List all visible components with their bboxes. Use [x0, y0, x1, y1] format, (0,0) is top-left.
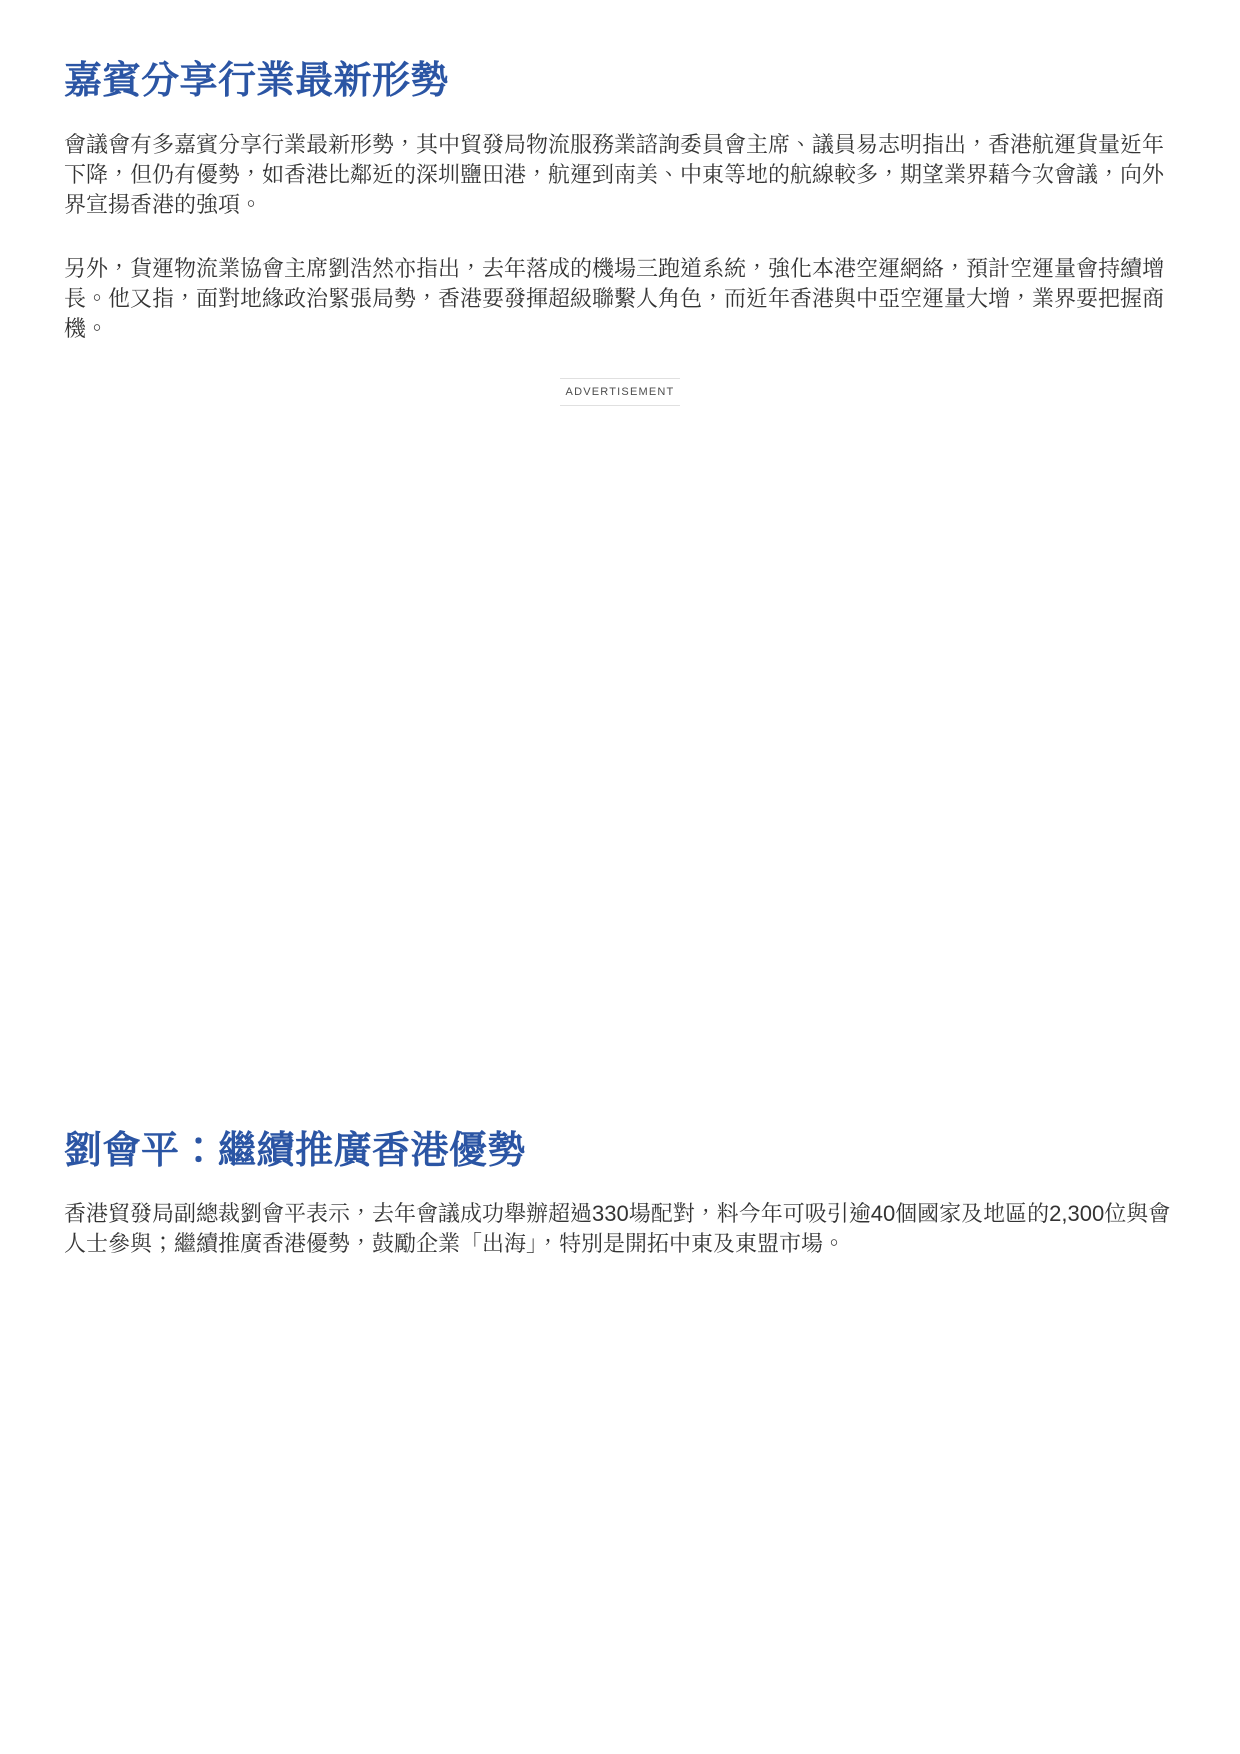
bottom-whitespace [64, 1293, 1176, 1733]
section-heading-lau-wui-ping: 劉會平：繼續推廣香港優勢 [64, 1128, 1176, 1176]
paragraph-hktdc-outlook: 香港貿發局副總裁劉會平表示，去年會議成功舉辦超過330場配對，料今年可吸引逾40… [64, 1199, 1176, 1259]
paragraph-air-cargo: 另外，貨運物流業協會主席劉浩然亦指出，去年落成的機場三跑道系統，強化本港空運網絡… [64, 254, 1176, 344]
paragraph-industry-shipping: 會議會有多嘉賓分享行業最新形勢，其中貿發局物流服務業諮詢委員會主席、議員易志明指… [64, 130, 1176, 220]
ad-slot [64, 406, 1176, 1128]
advertisement-block: ADVERTISEMENT [64, 378, 1176, 1128]
advertisement-label: ADVERTISEMENT [560, 378, 681, 406]
article-page: 嘉賓分享行業最新形勢 會議會有多嘉賓分享行業最新形勢，其中貿發局物流服務業諮詢委… [64, 0, 1176, 1733]
section-heading-guests: 嘉賓分享行業最新形勢 [64, 0, 1176, 106]
